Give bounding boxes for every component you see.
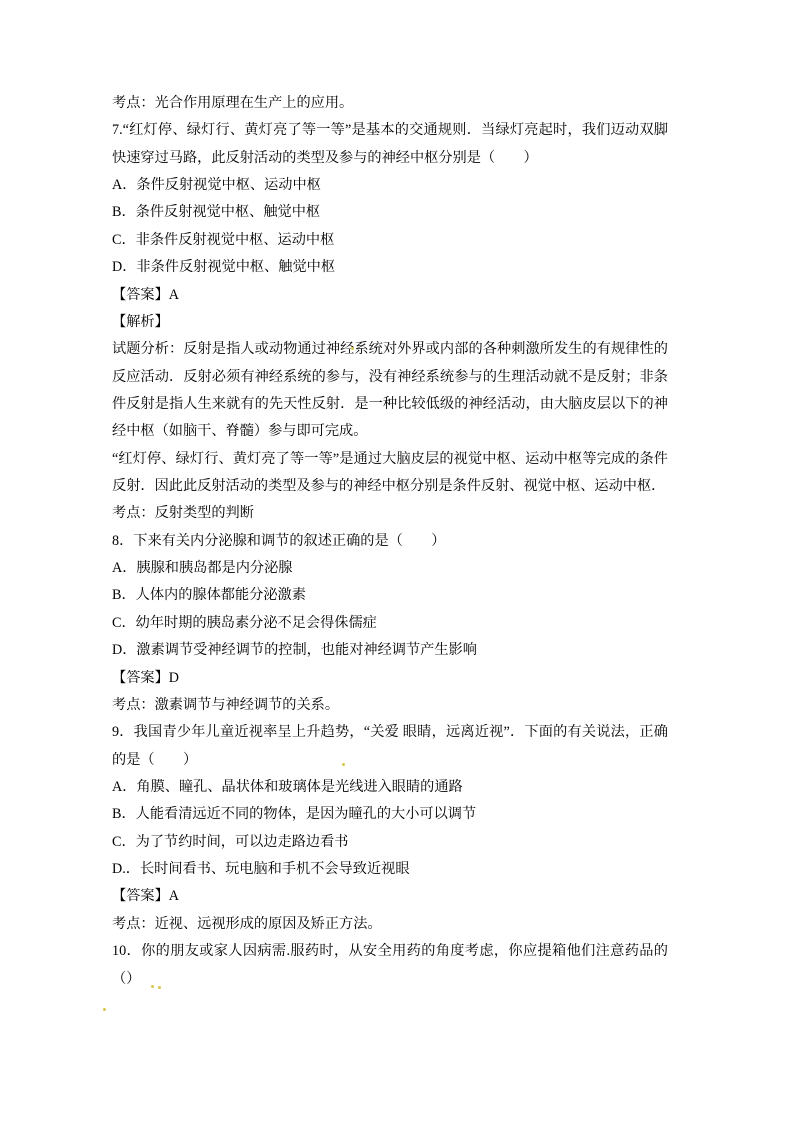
question-7-option-a: A．条件反射视觉中枢、运动中枢 — [112, 172, 668, 199]
question-7-option-b: B．条件反射视觉中枢、触觉中枢 — [112, 199, 668, 226]
question-9-option-c: C．为了节约时间，可以边走路边看书 — [112, 829, 668, 856]
spellcheck-mark — [151, 985, 154, 988]
analysis-label-7: 【解析】 — [112, 309, 668, 336]
document-page: 考点：光合作用原理在生产上的应用。7.“红灯停、绿灯行、黄灯亮了等一等”是基本的… — [0, 0, 794, 1123]
exam-point-q9: 考点：近视、远视形成的原因及矫正方法。 — [112, 911, 668, 938]
question-7-option-d: D．非条件反射视觉中枢、触觉中枢 — [112, 254, 668, 281]
question-8-option-c: C．幼年时期的胰岛素分泌不足会得侏儒症 — [112, 610, 668, 637]
question-9-option-b: B．人能看清远近不同的物体，是因为瞳孔的大小可以调节 — [112, 801, 668, 828]
question-8-option-b: B．人体内的腺体都能分泌激素 — [112, 582, 668, 609]
exam-point-q6: 考点：光合作用原理在生产上的应用。 — [112, 90, 668, 117]
analysis-7-part-2: “红灯停、绿灯行、黄灯亮了等一等”是通过大脑皮层的视觉中枢、运动中枢等完成的条件… — [112, 446, 668, 501]
question-8-option-a: A．胰腺和胰岛都是内分泌腺 — [112, 555, 668, 582]
answer-8: 【答案】D — [112, 665, 668, 692]
spellcheck-mark — [158, 986, 161, 989]
answer-9: 【答案】A — [112, 883, 668, 910]
exam-point-q7: 考点：反射类型的判断 — [112, 500, 668, 527]
question-7-option-c: C．非条件反射视觉中枢、运动中枢 — [112, 227, 668, 254]
exam-point-q8: 考点：激素调节与神经调节的关系。 — [112, 692, 668, 719]
document-body: 考点：光合作用原理在生产上的应用。7.“红灯停、绿灯行、黄灯亮了等一等”是基本的… — [112, 90, 668, 993]
spellcheck-mark — [103, 1008, 106, 1011]
analysis-7-part-1: 试题分析：反射是指人或动物通过神经系统对外界或内部的各种刺激所发生的有规律性的反… — [112, 336, 668, 445]
question-9-option-d: D.．长时间看书、玩电脑和手机不会导致近视眼 — [112, 856, 668, 883]
question-7: 7.“红灯停、绿灯行、黄灯亮了等一等”是基本的交通规则．当绿灯亮起时，我们迈动双… — [112, 117, 668, 172]
spellcheck-mark — [351, 347, 354, 350]
question-8: 8．下来有关内分泌腺和调节的叙述正确的是（ ） — [112, 528, 668, 555]
question-10: 10．你的朋友或家人因病需.服药时，从安全用药的角度考虑，你应提箱他们注意药品的… — [112, 938, 668, 993]
question-9-option-a: A．角膜、瞳孔、晶状体和玻璃体是光线进入眼睛的通路 — [112, 774, 668, 801]
answer-7: 【答案】A — [112, 282, 668, 309]
spellcheck-mark — [342, 763, 345, 766]
question-8-option-d: D．激素调节受神经调节的控制，也能对神经调节产生影响 — [112, 637, 668, 664]
question-9: 9．我国青少年儿童近视率呈上升趋势，“关爱 眼睛，远离近视”．下面的有关说法，正… — [112, 719, 668, 774]
